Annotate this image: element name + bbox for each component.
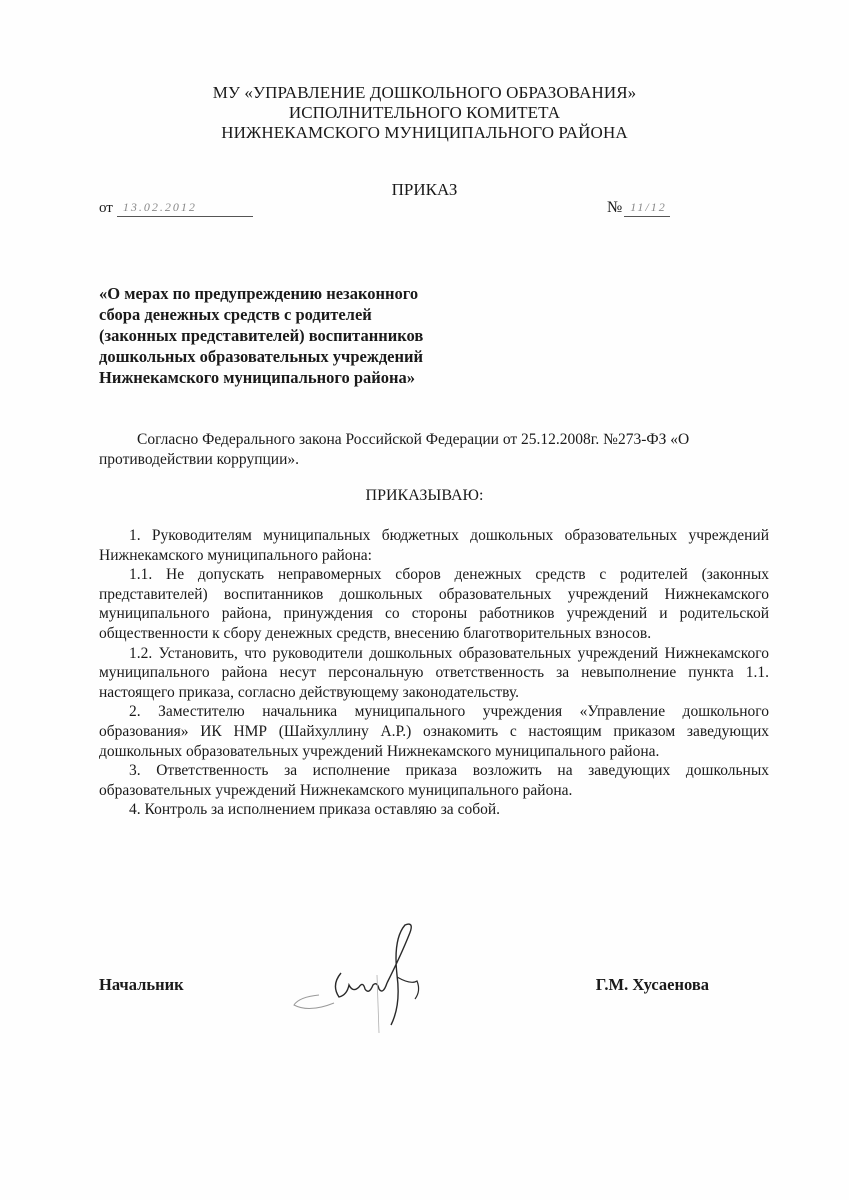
- number-label: №: [607, 199, 622, 217]
- date-label: от: [99, 200, 113, 217]
- signature-block: Начальник Г.М. Хусаенова: [99, 975, 709, 1035]
- order-date: от 13.02.2012: [99, 200, 253, 217]
- item-4: 4. Контроль за исполнением приказа остав…: [99, 800, 769, 820]
- date-field: 13.02.2012: [117, 200, 253, 217]
- item-3: 3. Ответственность за исполнение приказа…: [99, 761, 769, 800]
- item-1-2: 1.2. Установить, что руководители дошкол…: [99, 644, 769, 703]
- number-field: 11/12: [624, 200, 670, 217]
- subject-line-1: «О мерах по предупреждению незаконного: [99, 283, 499, 304]
- header-line-3: НИЖНЕКАМСКОГО МУНИЦИПАЛЬНОГО РАЙОНА: [0, 123, 849, 143]
- organization-header: МУ «УПРАВЛЕНИЕ ДОШКОЛЬНОГО ОБРАЗОВАНИЯ» …: [0, 83, 849, 143]
- legal-basis: Согласно Федерального закона Российской …: [99, 430, 769, 470]
- signer-title: Начальник: [99, 975, 184, 995]
- order-title: ПРИКАЗ: [0, 180, 849, 200]
- number-handwritten: 11/12: [630, 200, 666, 215]
- subject-line-2: сбора денежных средств с родителей: [99, 304, 499, 325]
- document-page: МУ «УПРАВЛЕНИЕ ДОШКОЛЬНОГО ОБРАЗОВАНИЯ» …: [0, 0, 849, 1200]
- item-1: 1. Руководителям муниципальных бюджетных…: [99, 526, 769, 565]
- order-subject: «О мерах по предупреждению незаконного с…: [99, 283, 499, 388]
- subject-line-3: (законных представителей) воспитанников: [99, 325, 499, 346]
- basis-text: Согласно Федерального закона Российской …: [99, 430, 769, 470]
- header-line-1: МУ «УПРАВЛЕНИЕ ДОШКОЛЬНОГО ОБРАЗОВАНИЯ»: [0, 83, 849, 103]
- subject-line-5: Нижнекамского муниципального района»: [99, 367, 499, 388]
- order-items: 1. Руководителям муниципальных бюджетных…: [99, 526, 769, 820]
- item-2: 2. Заместителю начальника муниципального…: [99, 702, 769, 761]
- subject-line-4: дошкольных образовательных учреждений: [99, 346, 499, 367]
- date-handwritten: 13.02.2012: [123, 200, 197, 215]
- signer-name: Г.М. Хусаенова: [596, 975, 709, 995]
- decree-heading: ПРИКАЗЫВАЮ:: [0, 487, 849, 505]
- handwritten-signature-icon: [279, 915, 429, 1035]
- order-number: № 11/12: [607, 199, 670, 217]
- item-1-1: 1.1. Не допускать неправомерных сборов д…: [99, 565, 769, 643]
- header-line-2: ИСПОЛНИТЕЛЬНОГО КОМИТЕТА: [0, 103, 849, 123]
